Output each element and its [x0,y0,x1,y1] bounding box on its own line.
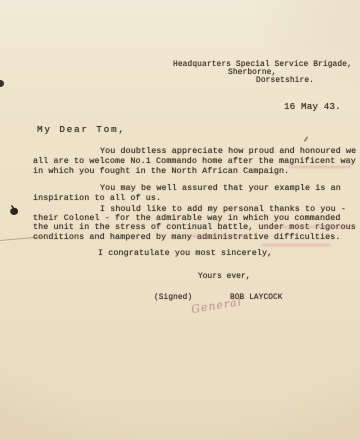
signed-label: (Signed) [154,294,192,302]
handwritten-pencil-annotation: General [190,295,243,316]
valediction: Yours ever, [198,273,251,281]
edge-ink-dot-mark [0,80,4,87]
scanned-letter: Headquarters Special Service Brigade, Sh… [0,0,360,440]
pencil-underline-mark [262,244,330,246]
closing-line: I congratulate you most sincerely, [98,248,272,258]
pencil-underline-mark [190,235,248,237]
pencil-underline-mark [260,226,350,228]
paragraph-1: You doubtless appreciate how proud and h… [33,146,360,176]
ink-blot-mark [8,204,22,225]
paragraph-2: You may be well assured that your exampl… [33,184,360,203]
salutation: My Dear Tom, [37,124,126,135]
letterhead-line-3: Dorsetshire. [256,77,314,85]
stray-pen-mark [303,136,308,142]
pencil-underline-mark [289,166,351,168]
letter-date: 16 May 43. [284,101,341,112]
